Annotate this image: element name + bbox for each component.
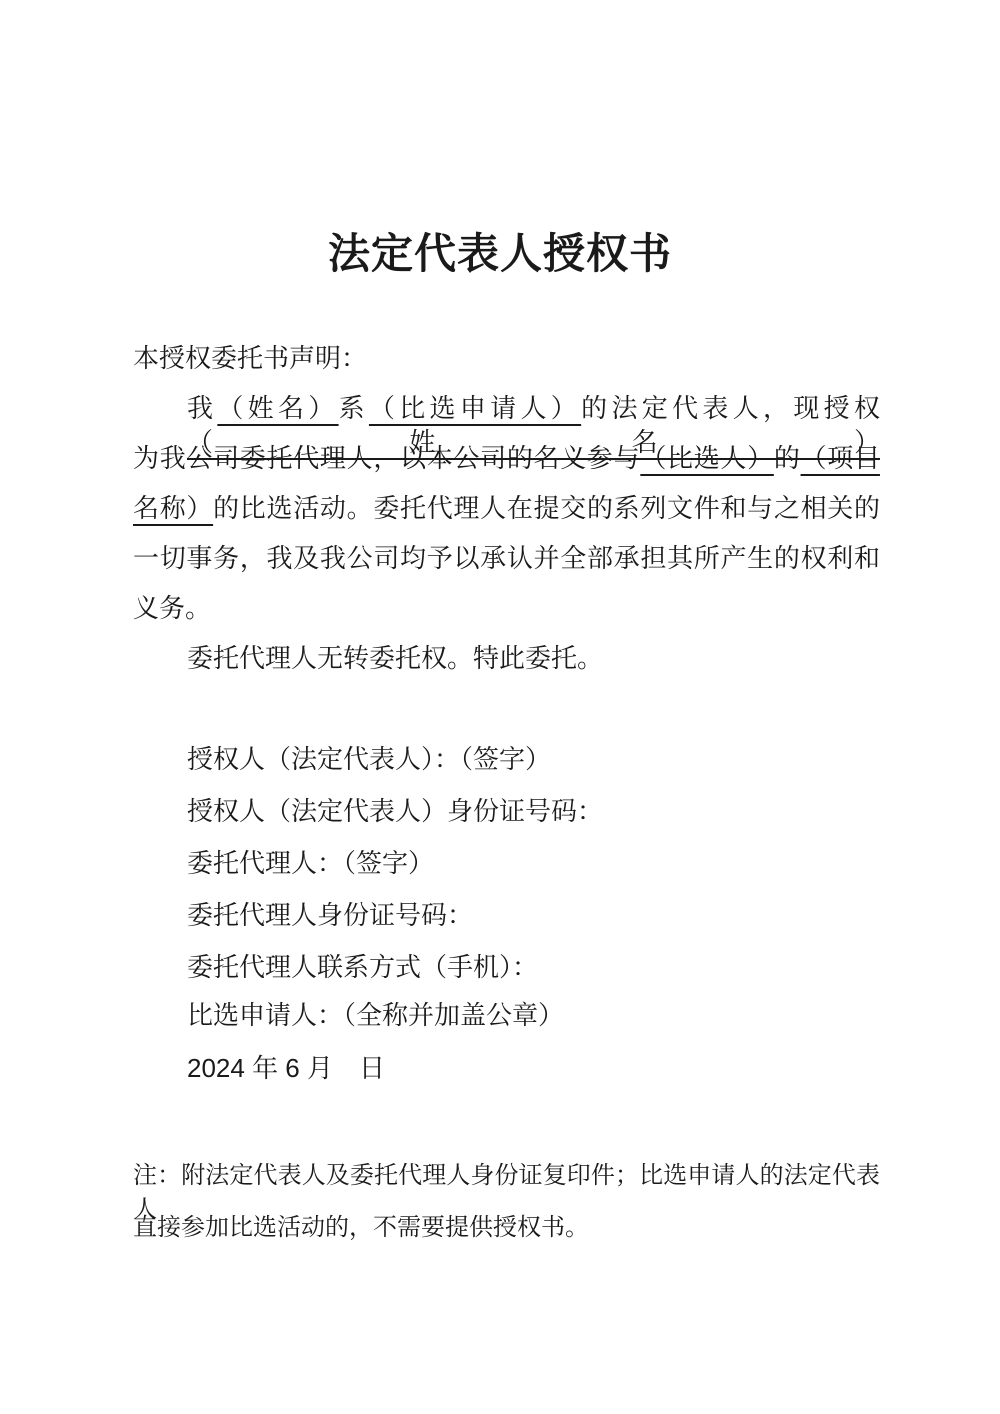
- text-segment: 我: [187, 393, 217, 423]
- underlined-blank: （姓名）: [217, 393, 338, 423]
- document-title: 法定代表人授权书: [0, 228, 1000, 280]
- underlined-blank: （比选申请人）: [369, 393, 581, 423]
- text-segment: 的比选活动。委托代理人在提交的系列文件和与之相关的: [213, 493, 880, 523]
- underlined-blank: 名称）: [133, 493, 213, 523]
- text-segment: 的: [774, 443, 801, 473]
- signature-line-authorizer: 授权人（法定代表人）：（签字）: [187, 742, 551, 776]
- signature-line-applicant: 比选申请人：（全称并加盖公章）: [187, 998, 564, 1032]
- note-line-2: 直接参加比选活动的，不需要提供授权书。: [133, 1211, 589, 1245]
- paragraph2-line: 委托代理人无转委托权。特此委托。: [187, 641, 603, 675]
- date-line: 2024 年 6 月 日: [187, 1051, 385, 1085]
- intro-line: 本授权委托书声明：: [133, 341, 367, 375]
- document-page: 法定代表人授权书 本授权委托书声明： 我（姓名）系（比选申请人）的法定代表人，现…: [0, 0, 1000, 1414]
- paragraph1-line3: 名称）的比选活动。委托代理人在提交的系列文件和与之相关的: [133, 491, 880, 525]
- underlined-blank: （项目: [801, 443, 880, 473]
- text-segment: 为我公司委托代理人，以本公司的名义参与: [133, 443, 640, 473]
- paragraph1-line2: 为我公司委托代理人，以本公司的名义参与（比选人）的（项目: [133, 441, 880, 475]
- text-segment: 义务。: [133, 593, 211, 623]
- text-segment: 的法定代表人，现授权: [581, 393, 880, 423]
- paragraph1-line5: 义务。: [133, 591, 211, 625]
- paragraph1-line4: 一切事务，我及我公司均予以承认并全部承担其所产生的权利和: [133, 541, 880, 575]
- signature-line-authorizer-id: 授权人（法定代表人）身份证号码：: [187, 794, 603, 828]
- underlined-blank: （比选人）: [640, 443, 774, 473]
- signature-line-agent-phone: 委托代理人联系方式（手机）：: [187, 950, 538, 984]
- text-segment: 一切事务，我及我公司均予以承认并全部承担其所产生的权利和: [133, 543, 880, 573]
- signature-line-agent: 委托代理人：（签字）: [187, 846, 434, 880]
- text-segment: 系: [339, 393, 369, 423]
- signature-line-agent-id: 委托代理人身份证号码：: [187, 898, 473, 932]
